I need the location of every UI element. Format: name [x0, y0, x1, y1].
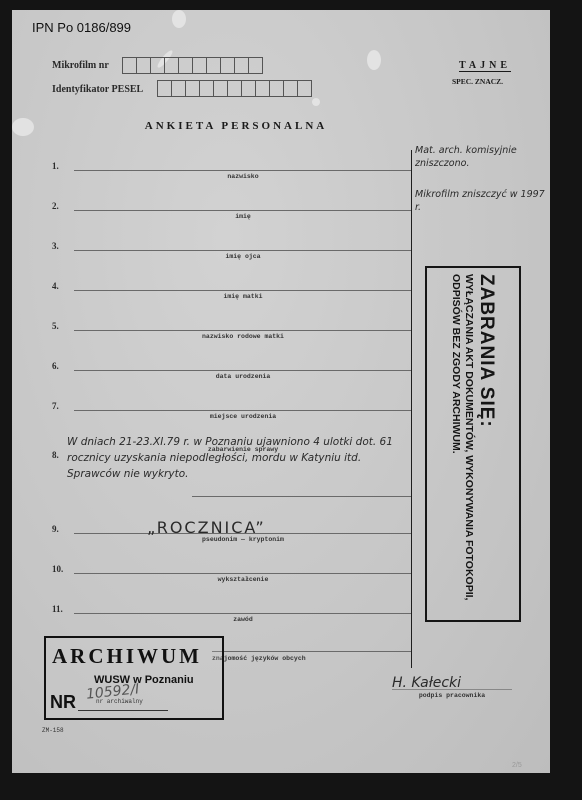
- field-line: [212, 651, 412, 652]
- field-line: [74, 573, 412, 574]
- field-line: [74, 613, 412, 614]
- field-row-first-name[interactable]: 2. imię: [52, 210, 412, 240]
- field-line: [74, 170, 412, 171]
- archive-reference: IPN Po 0186/899: [32, 20, 131, 35]
- film-speck: [312, 98, 320, 106]
- pesel-label: Identyfikator PESEL: [52, 84, 143, 95]
- field-number: 1.: [52, 161, 59, 171]
- field-row-languages[interactable]: znajomość języków obcych: [212, 651, 412, 662]
- column-divider: [411, 150, 412, 668]
- prohibition-stamp-body: WYŁĄCZANIA AKT DOKUMENTÓW, WYKONYWANIA F…: [449, 274, 475, 614]
- classification-sublabel: SPEC. ZNACZ.: [452, 77, 503, 86]
- field-caption: data urodzenia: [74, 373, 412, 380]
- field-number: 2.: [52, 201, 59, 211]
- form-code: ZM-158: [42, 727, 64, 734]
- field-caption: zawód: [74, 616, 412, 623]
- field-row-education[interactable]: 10. wykształcenie: [52, 573, 412, 603]
- field-caption: imię matki: [74, 293, 412, 300]
- archive-stamp-title: ARCHIWUM: [52, 644, 202, 669]
- margin-note-microfilm: Mikrofilm zniszczyć w 1997 r.: [415, 188, 550, 214]
- field-line: [74, 410, 412, 411]
- field-line: [192, 496, 412, 497]
- field-row-surname[interactable]: 1. nazwisko: [52, 170, 412, 200]
- pesel-boxes[interactable]: [157, 80, 312, 97]
- classification-label: TAJNE: [459, 60, 511, 72]
- field-caption: pseudonim — kryptonim: [74, 536, 412, 543]
- field-line: [74, 370, 412, 371]
- margin-note-destroyed: Mat. arch. komisyjnie zniszczono.: [415, 144, 550, 170]
- field-number: 4.: [52, 281, 59, 291]
- field-number: 11.: [52, 604, 63, 614]
- archive-number-caption: nr archiwalny: [96, 698, 143, 705]
- field-number: 7.: [52, 401, 59, 411]
- signature-caption: podpis pracownika: [392, 692, 512, 699]
- prohibition-stamp-title: ZABRANIA SIĘ:: [475, 274, 497, 614]
- field-row-mother-maiden-name[interactable]: 5. nazwisko rodowe matki: [52, 330, 412, 360]
- field-caption: wykształcenie: [74, 576, 412, 583]
- field-row-birth-date[interactable]: 6. data urodzenia: [52, 370, 412, 400]
- field-number: 8.: [52, 450, 59, 460]
- signature-block: H. Kałecki podpis pracownika: [392, 675, 512, 699]
- microfilm-number-boxes[interactable]: [122, 57, 263, 74]
- page-number: 2/5: [512, 762, 522, 769]
- film-speck: [367, 50, 381, 70]
- codename-handwritten: „ROCZNICA”: [147, 518, 266, 537]
- field-number: 5.: [52, 321, 59, 331]
- form-title: ANKIETA PERSONALNA: [12, 120, 550, 132]
- document-page: IPN Po 0186/899 Mikrofilm nr Identyfikat…: [12, 10, 550, 773]
- field-number: 9.: [52, 524, 59, 534]
- field-caption: miejsce urodzenia: [74, 413, 412, 420]
- field-row-codename[interactable]: 9. pseudonim — kryptonim: [52, 533, 412, 563]
- field-caption: imię ojca: [74, 253, 412, 260]
- field-number: 6.: [52, 361, 59, 371]
- field-number: 10.: [52, 564, 63, 574]
- field-line: [74, 290, 412, 291]
- archive-stamp: ARCHIWUM WUSW w Poznaniu NR 10592/I nr a…: [44, 636, 224, 720]
- field-line: [74, 330, 412, 331]
- film-speck: [172, 10, 186, 28]
- field-line: [74, 210, 412, 211]
- field-caption: znajomość języków obcych: [212, 655, 412, 662]
- field-line: [74, 250, 412, 251]
- archive-number-line: [78, 710, 168, 711]
- case-description-handwritten: W dniach 21-23.XI.79 r. w Poznaniu ujawn…: [67, 434, 412, 482]
- field-caption: imię: [74, 213, 412, 220]
- field-number: 3.: [52, 241, 59, 251]
- field-row-father-name[interactable]: 3. imię ojca: [52, 250, 412, 280]
- field-caption: nazwisko rodowe matki: [74, 333, 412, 340]
- field-caption: nazwisko: [74, 173, 412, 180]
- microfilm-label: Mikrofilm nr: [52, 60, 109, 71]
- prohibition-stamp: ZABRANIA SIĘ: WYŁĄCZANIA AKT DOKUMENTÓW,…: [425, 266, 521, 622]
- field-row-mother-name[interactable]: 4. imię matki: [52, 290, 412, 320]
- archive-stamp-nr-label: NR: [50, 692, 76, 713]
